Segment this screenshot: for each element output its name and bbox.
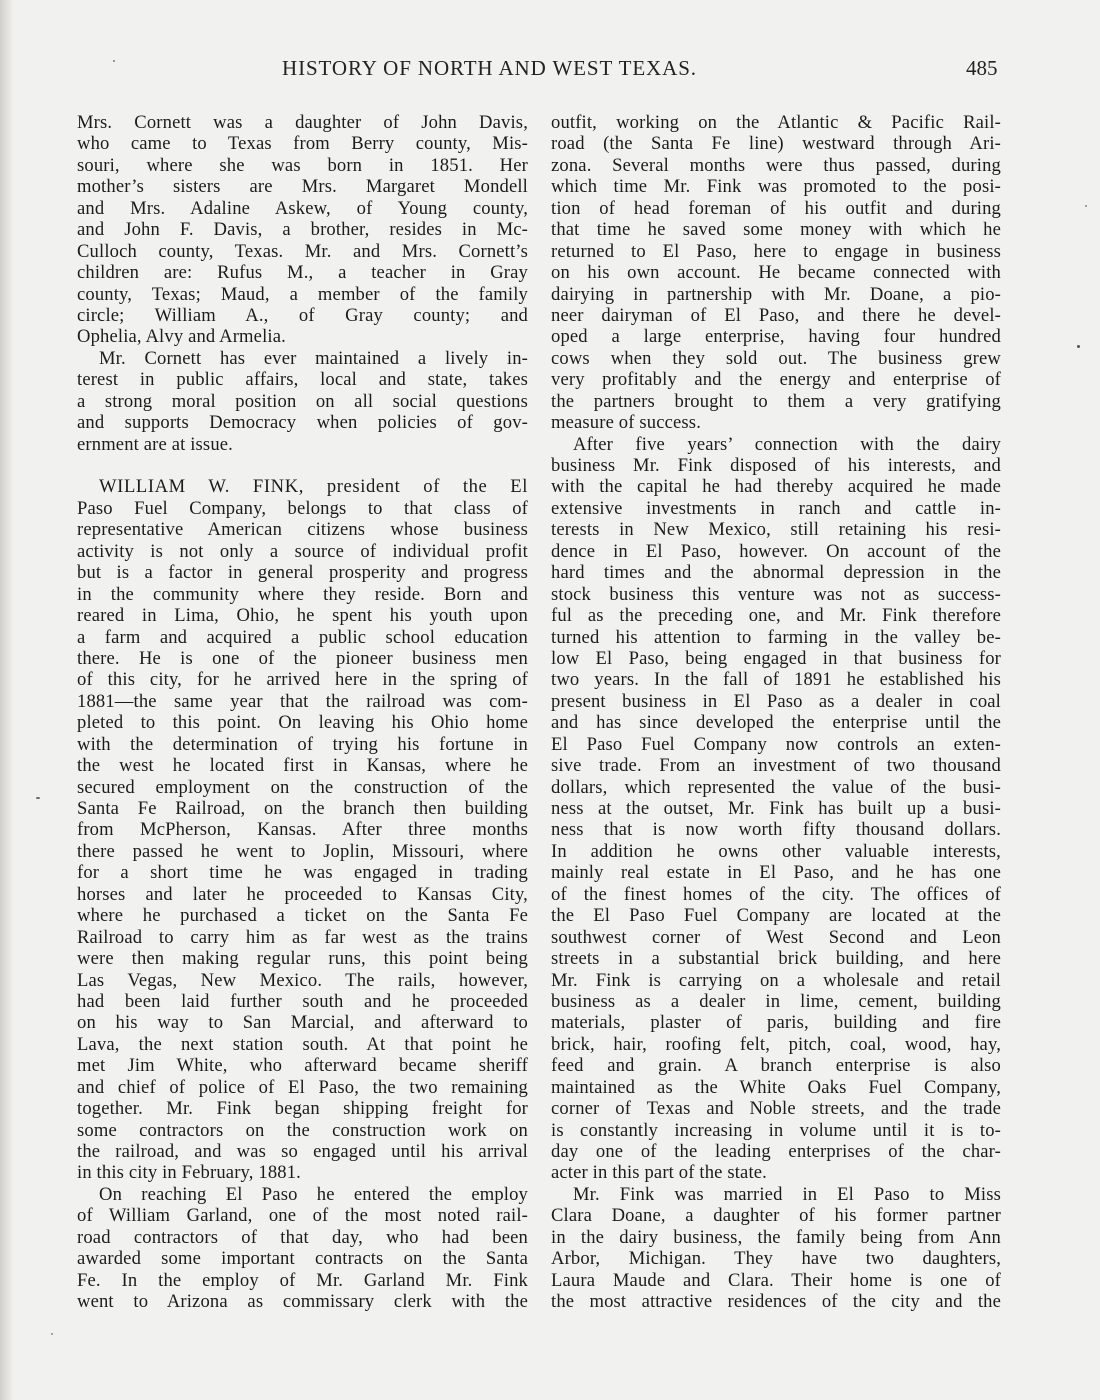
- text-line: Mr. Fink is carrying on a wholesale and …: [551, 970, 1001, 991]
- text-line: Paso Fuel Company, belongs to that class…: [77, 498, 528, 519]
- text-line: Las Vegas, New Mexico. The rails, howeve…: [77, 970, 528, 991]
- text-line: county, Texas; Maud, a member of the fam…: [77, 284, 528, 305]
- page-number: 485: [966, 56, 998, 81]
- text-line: Laura Maude and Clara. Their home is one…: [551, 1270, 1001, 1291]
- text-line: of William Garland, one of the most note…: [77, 1205, 528, 1226]
- text-line: and John F. Davis, a brother, resides in…: [77, 219, 528, 240]
- text-line: with the determination of trying his for…: [77, 734, 528, 755]
- text-line: the most attractive residences of the ci…: [551, 1291, 1001, 1312]
- text-line: El Paso Fuel Company now controls an ext…: [551, 734, 1001, 755]
- section-gap: [77, 455, 528, 476]
- text-line: corner of Texas and Noble streets, and t…: [551, 1098, 1001, 1119]
- text-line: returned to El Paso, here to engage in b…: [551, 241, 1001, 262]
- text-line: sive trade. From an investment of two th…: [551, 755, 1001, 776]
- paragraph-fink-marriage: Mr. Fink was married in El Paso to Miss …: [551, 1184, 1001, 1313]
- text-line: the west he located first in Kansas, whe…: [77, 755, 528, 776]
- text-line: neer dairyman of El Paso, and there he d…: [551, 305, 1001, 326]
- text-line: mainly real estate in El Paso, and he ha…: [551, 862, 1001, 883]
- text-line: together. Mr. Fink began shipping freigh…: [77, 1098, 528, 1119]
- text-line: streets in a substantial brick building,…: [551, 948, 1001, 969]
- text-line: of this city, for he arrived here in the…: [77, 669, 528, 690]
- text-line: Culloch county, Texas. Mr. and Mrs. Corn…: [77, 241, 528, 262]
- text-line: In addition he owns other valuable inter…: [551, 841, 1001, 862]
- scan-speck: [1085, 205, 1087, 207]
- text-line: Mr. Cornett has ever maintained a lively…: [77, 348, 528, 369]
- text-line: ful as the preceding one, and Mr. Fink t…: [551, 605, 1001, 626]
- text-line: in the dairy business, the family being …: [551, 1227, 1001, 1248]
- text-line: 1881—the same year that the railroad was…: [77, 691, 528, 712]
- text-line: souri, where she was born in 1851. Her: [77, 155, 528, 176]
- text-line: present business in El Paso as a dealer …: [551, 691, 1001, 712]
- text-line: a farm and acquired a public school educ…: [77, 627, 528, 648]
- text-line: with the capital he had thereby acquired…: [551, 476, 1001, 497]
- text-line: hard times and the abnormal depression i…: [551, 562, 1001, 583]
- text-line: and has since developed the enterprise u…: [551, 712, 1001, 733]
- text-line: feed and grain. A branch enterprise is a…: [551, 1055, 1001, 1076]
- text-line: business Mr. Fink disposed of his intere…: [551, 455, 1001, 476]
- text-line: turned his attention to farming in the v…: [551, 627, 1001, 648]
- text-line: dairying in partnership with Mr. Doane, …: [551, 284, 1001, 305]
- text-line: but is a factor in general prosperity an…: [77, 562, 528, 583]
- scan-speck: [36, 797, 40, 799]
- text-line: horses and later he proceeded to Kansas …: [77, 884, 528, 905]
- text-line: cows when they sold out. The business gr…: [551, 348, 1001, 369]
- text-line: who came to Texas from Berry county, Mis…: [77, 133, 528, 154]
- text-line: in the community where they reside. Born…: [77, 584, 528, 605]
- page-edge-shadow: [0, 0, 14, 1400]
- text-line: met Jim White, who afterward became sher…: [77, 1055, 528, 1076]
- text-line: that time he saved some money with which…: [551, 219, 1001, 240]
- paragraph-fink-intro: WILLIAM W. FINK, president of the El Pas…: [77, 476, 528, 1183]
- text-line: Railroad to carry him as far west as the…: [77, 927, 528, 948]
- text-line: oped a large enterprise, having four hun…: [551, 326, 1001, 347]
- text-line: road (the Santa Fe line) westward throug…: [551, 133, 1001, 154]
- paragraph-fink-fuel-company: After five years’ connection with the da…: [551, 434, 1001, 1184]
- text-line: dollars, which represented the value of …: [551, 777, 1001, 798]
- text-line: and Mrs. Adaline Askew, of Young county,: [77, 198, 528, 219]
- text-line: the El Paso Fuel Company are located at …: [551, 905, 1001, 926]
- text-line: acter in this part of the state.: [551, 1162, 1001, 1183]
- text-line: Mrs. Cornett was a daughter of John Davi…: [77, 112, 528, 133]
- biography-heading-line: WILLIAM W. FINK, president of the El: [77, 476, 528, 497]
- text-line: extensive investments in ranch and cattl…: [551, 498, 1001, 519]
- text-line: there passed he went to Joplin, Missouri…: [77, 841, 528, 862]
- text-line: and supports Democracy when policies of …: [77, 412, 528, 433]
- text-line: secured employment on the construction o…: [77, 777, 528, 798]
- text-line: activity is not only a source of individ…: [77, 541, 528, 562]
- text-line: ness that is now worth fifty thousand do…: [551, 819, 1001, 840]
- text-line: terests in New Mexico, still retaining h…: [551, 519, 1001, 540]
- paragraph-fink-garland: On reaching El Paso he entered the emplo…: [77, 1184, 528, 1313]
- text-line: stock business this venture was not as s…: [551, 584, 1001, 605]
- text-line: were then making regular runs, this poin…: [77, 948, 528, 969]
- text-line: Santa Fe Railroad, on the branch then bu…: [77, 798, 528, 819]
- text-line: southwest corner of West Second and Leon: [551, 927, 1001, 948]
- paragraph-cornett-family: Mrs. Cornett was a daughter of John Davi…: [77, 112, 528, 348]
- text-line: the partners brought to them a very grat…: [551, 391, 1001, 412]
- text-line: a strong moral position on all social qu…: [77, 391, 528, 412]
- scan-speck: [113, 60, 115, 62]
- text-line: children are: Rufus M., a teacher in Gra…: [77, 262, 528, 283]
- text-line: where he purchased a ticket on the Santa…: [77, 905, 528, 926]
- text-line: from McPherson, Kansas. After three mont…: [77, 819, 528, 840]
- text-line: representative American citizens whose b…: [77, 519, 528, 540]
- text-line: reared in Lima, Ohio, he spent his youth…: [77, 605, 528, 626]
- text-line: there. He is one of the pioneer business…: [77, 648, 528, 669]
- right-column: outfit, working on the Atlantic & Pacifi…: [551, 112, 1001, 1313]
- text-line: for a short time he was engaged in tradi…: [77, 862, 528, 883]
- scan-speck: [51, 1333, 53, 1335]
- text-line: zona. Several months were thus passed, d…: [551, 155, 1001, 176]
- text-line: Mr. Fink was married in El Paso to Miss: [551, 1184, 1001, 1205]
- running-head: HISTORY OF NORTH AND WEST TEXAS. 485: [0, 56, 1100, 82]
- text-line: Fe. In the employ of Mr. Garland Mr. Fin…: [77, 1270, 528, 1291]
- text-line: and chief of police of El Paso, the two …: [77, 1077, 528, 1098]
- text-line: pleted to this point. On leaving his Ohi…: [77, 712, 528, 733]
- text-line: ernment are at issue.: [77, 434, 528, 455]
- text-line: some contractors on the construction wor…: [77, 1120, 528, 1141]
- text-line: brick, hair, roofing felt, pitch, coal, …: [551, 1034, 1001, 1055]
- text-line: on his way to San Marcial, and afterward…: [77, 1012, 528, 1033]
- text-line: went to Arizona as commissary clerk with…: [77, 1291, 528, 1312]
- text-line: road contractors of that day, who had be…: [77, 1227, 528, 1248]
- text-line: in this city in February, 1881.: [77, 1162, 528, 1183]
- text-line: awarded some important contracts on the …: [77, 1248, 528, 1269]
- text-line: maintained as the White Oaks Fuel Compan…: [551, 1077, 1001, 1098]
- scan-speck: [1077, 345, 1080, 348]
- text-line: two years. In the fall of 1891 he establ…: [551, 669, 1001, 690]
- paragraph-fink-arizona-dairy: outfit, working on the Atlantic & Pacifi…: [551, 112, 1001, 434]
- text-line: tion of head foreman of his outfit and d…: [551, 198, 1001, 219]
- text-line: Clara Doane, a daughter of his former pa…: [551, 1205, 1001, 1226]
- text-line: measure of success.: [551, 412, 1001, 433]
- running-title: HISTORY OF NORTH AND WEST TEXAS.: [282, 56, 697, 81]
- text-line: on his own account. He became connected …: [551, 262, 1001, 283]
- paragraph-cornett-public-affairs: Mr. Cornett has ever maintained a lively…: [77, 348, 528, 455]
- text-line: low El Paso, being engaged in that busin…: [551, 648, 1001, 669]
- text-line: the railroad, and was so engaged until h…: [77, 1141, 528, 1162]
- left-column: Mrs. Cornett was a daughter of John Davi…: [77, 112, 528, 1313]
- text-line: On reaching El Paso he entered the emplo…: [77, 1184, 528, 1205]
- text-line: outfit, working on the Atlantic & Pacifi…: [551, 112, 1001, 133]
- text-line: Lava, the next station south. At that po…: [77, 1034, 528, 1055]
- text-line: of the finest homes of the city. The off…: [551, 884, 1001, 905]
- text-line: materials, plaster of paris, building an…: [551, 1012, 1001, 1033]
- text-line: business as a dealer in lime, cement, bu…: [551, 991, 1001, 1012]
- text-line: Ophelia, Alvy and Armelia.: [77, 326, 528, 347]
- text-line: day one of the leading enterprises of th…: [551, 1141, 1001, 1162]
- text-line: mother’s sisters are Mrs. Margaret Monde…: [77, 176, 528, 197]
- text-line: had been laid further south and he proce…: [77, 991, 528, 1012]
- text-line: dence in El Paso, however. On account of…: [551, 541, 1001, 562]
- text-line: is constantly increasing in volume until…: [551, 1120, 1001, 1141]
- text-line: circle; William A., of Gray county; and: [77, 305, 528, 326]
- text-line: ness at the outset, Mr. Fink has built u…: [551, 798, 1001, 819]
- text-line: After five years’ connection with the da…: [551, 434, 1001, 455]
- text-line: Arbor, Michigan. They have two daughters…: [551, 1248, 1001, 1269]
- text-line: which time Mr. Fink was promoted to the …: [551, 176, 1001, 197]
- text-line: very profitably and the energy and enter…: [551, 369, 1001, 390]
- text-line: terest in public affairs, local and stat…: [77, 369, 528, 390]
